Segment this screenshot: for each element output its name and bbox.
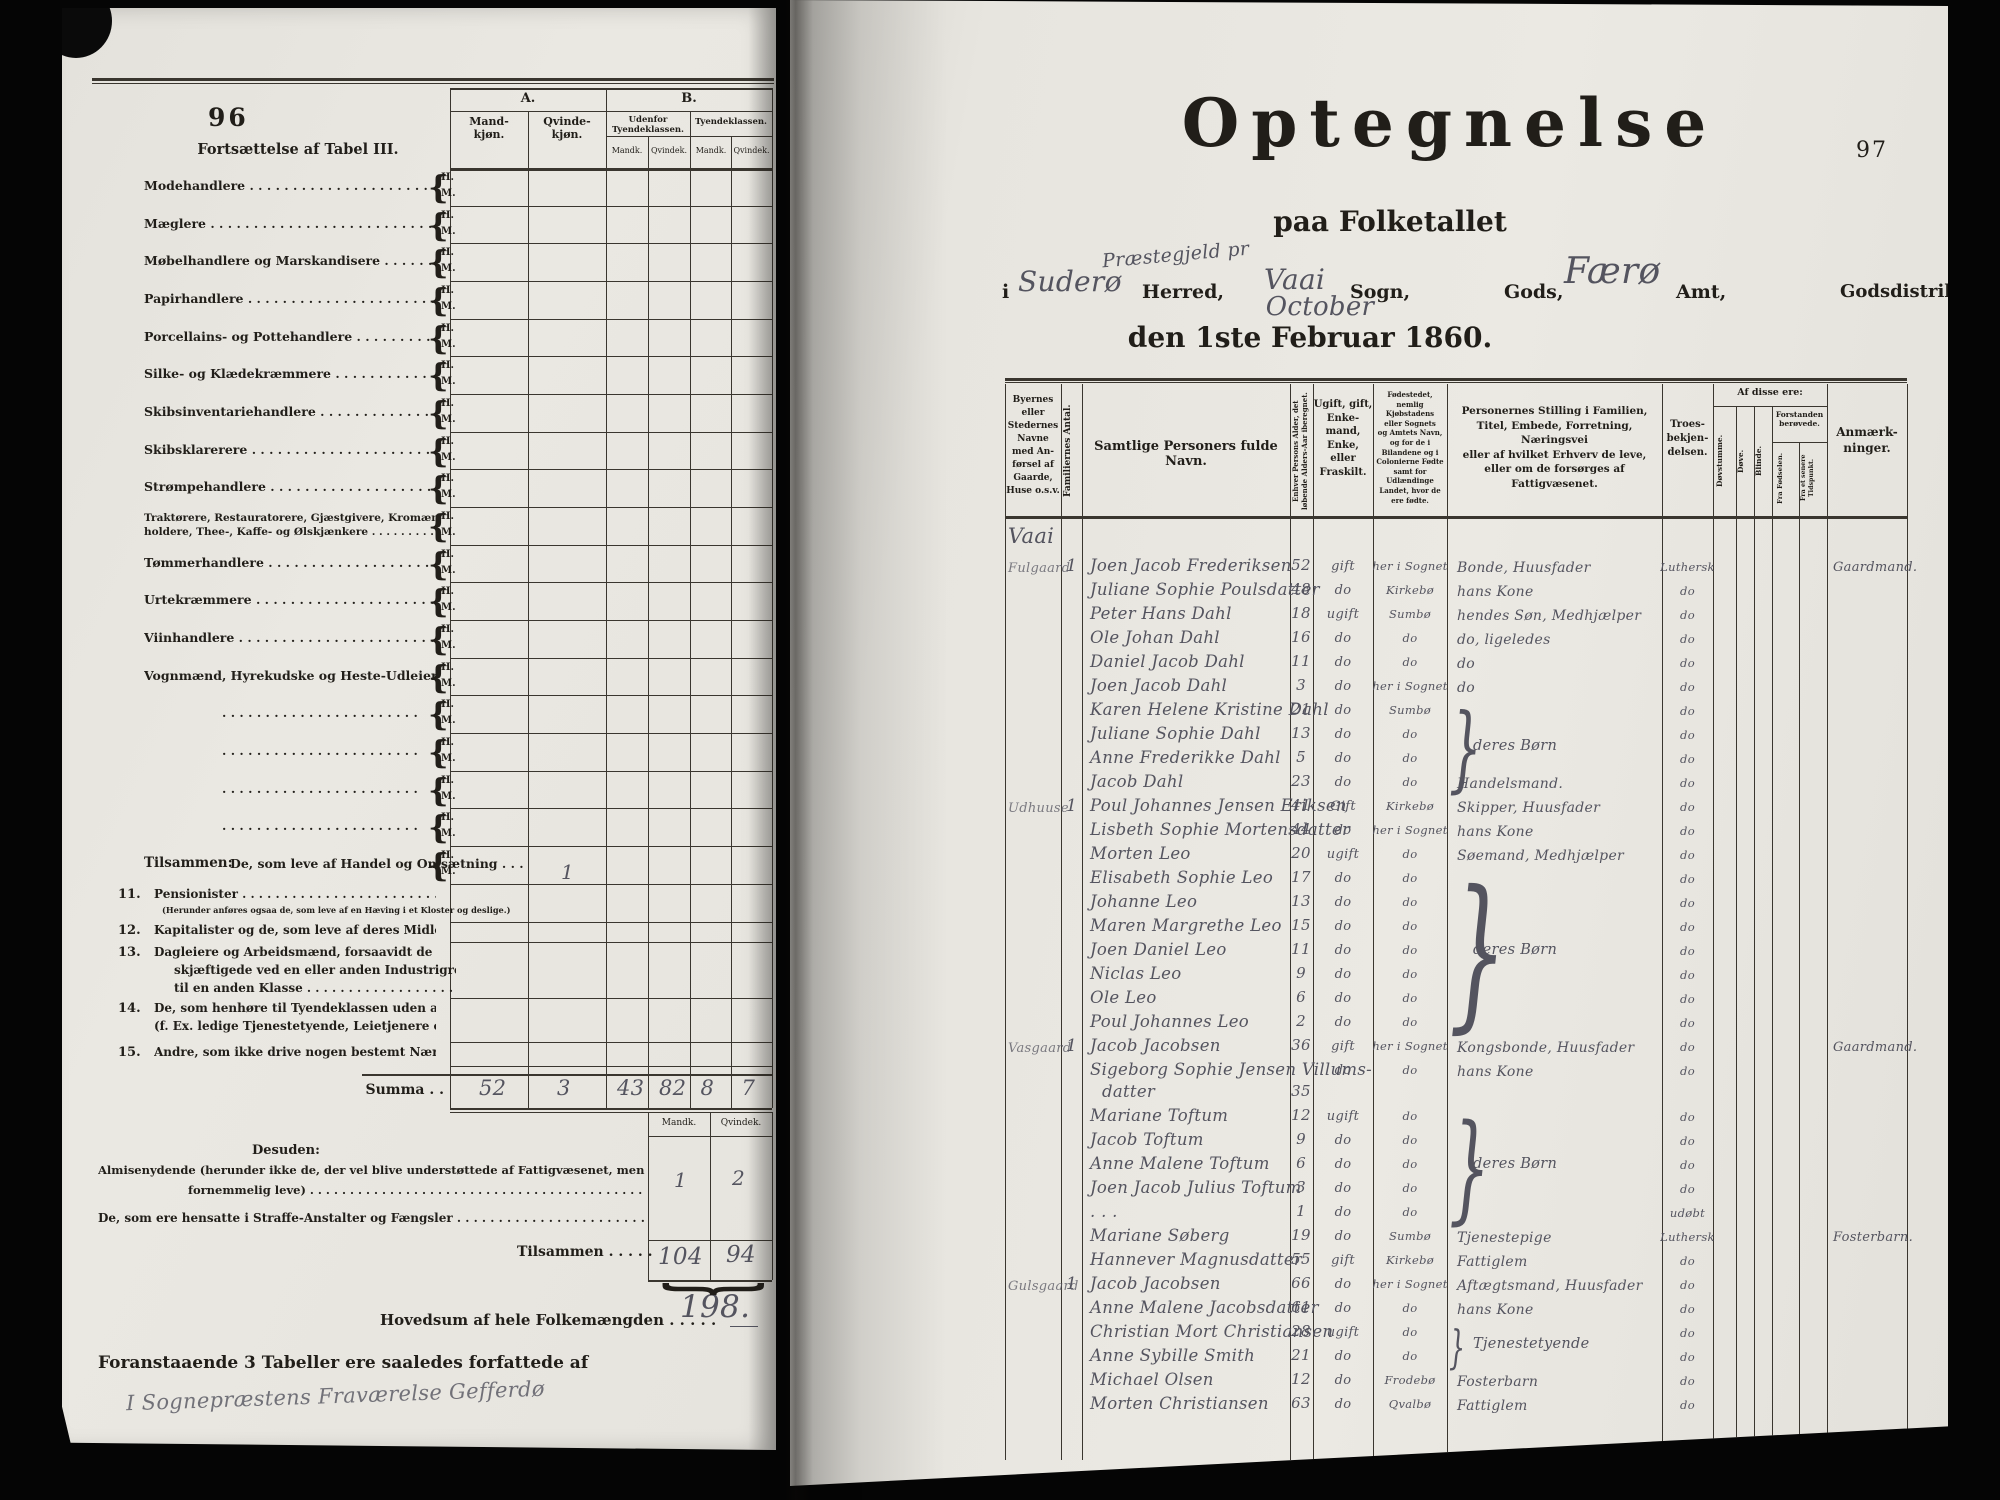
bracket-m: M. (441, 791, 456, 803)
row-name: Juliane Sophie Dahl (1090, 726, 1261, 743)
row-name: Jacob Jacobsen (1090, 1038, 1221, 1055)
row-age: 23 (1286, 774, 1316, 789)
bracket-h: H. (441, 473, 454, 485)
row-creed: Luthersk (1660, 562, 1715, 574)
row-birthplace: do (1371, 993, 1449, 1005)
sub-col-header: Mandk. (606, 146, 648, 155)
row-birthplace: do (1371, 1207, 1449, 1219)
loc-herred-handwritten: Suderø (1018, 268, 1122, 296)
row-annotation: Gaardmand. (1833, 1041, 1917, 1054)
date-line: den 1ste Februar 1860. (1120, 322, 1500, 354)
header-dovstumme: Døvstumme. (1716, 410, 1733, 512)
col-qvindekjon: Qvinde- kjøn. (528, 116, 606, 141)
bracket-h: H. (441, 850, 454, 862)
header-fulde-navn: Samtlige Personers fulde Navn. (1082, 440, 1290, 470)
table-vertical-line (450, 88, 451, 1108)
sub-col-header: Mandk. (690, 146, 732, 155)
table-horizontal-line (450, 206, 772, 207)
table-vertical-line (1082, 384, 1083, 1460)
row-name: Jacob Dahl (1090, 774, 1183, 791)
table-horizontal-line (450, 582, 772, 583)
table-vertical-line (1754, 406, 1755, 1460)
row-status: do (1313, 1374, 1373, 1387)
loc-amt-handwritten: Færø (1564, 254, 1660, 290)
header-dove: Døve. (1737, 410, 1752, 512)
occupation-row: Skibsinventariehandlere . . . . . . . . … (144, 405, 436, 419)
row-age: 2 (1286, 1014, 1316, 1029)
row-position: Aftægtsmand, Huusfader (1457, 1279, 1643, 1293)
row-position: do (1457, 657, 1475, 671)
table-horizontal-line (450, 356, 772, 357)
bracket-h: H. (441, 775, 454, 787)
row-status: do (1313, 1278, 1373, 1291)
table-horizontal-line (1713, 406, 1827, 407)
row-birthplace: do (1371, 1017, 1449, 1029)
place-heading-handwritten: Vaai (1008, 526, 1054, 547)
row-birthplace: Sumbø (1371, 705, 1449, 717)
row-birthplace: do (1371, 753, 1449, 765)
table-horizontal-line (450, 942, 772, 943)
row-position: Fattiglem (1457, 1255, 1528, 1269)
table-horizontal-line (450, 846, 772, 847)
row-name: Jacob Jacobsen (1090, 1276, 1221, 1293)
row-name: Morten Christiansen (1090, 1396, 1269, 1413)
table-horizontal-line (450, 998, 772, 999)
table-horizontal-line (450, 808, 772, 809)
row-name: Elisabeth Sophie Leo (1090, 870, 1273, 887)
row-age: 11 (1286, 654, 1316, 669)
table-horizontal-line (450, 922, 772, 923)
row-position: Fosterbarn (1457, 1375, 1538, 1389)
row-name: Mariane Toftum (1090, 1108, 1228, 1125)
row-name: Daniel Jacob Dahl (1090, 654, 1245, 671)
bracket-m: M. (441, 376, 456, 388)
row-age: 44 (1286, 822, 1316, 837)
occupation-row: . . . . . . . . . . . . . . . . . . . . … (222, 819, 434, 833)
row-name: Jacob Toftum (1090, 1132, 1204, 1149)
row-age: 48 (1286, 582, 1316, 597)
row-status: do (1313, 656, 1373, 669)
row-family-count: 1 (1066, 558, 1077, 575)
row-age: 16 (1286, 630, 1316, 645)
row-position: do, ligeledes (1457, 633, 1551, 647)
top-rule (92, 78, 774, 81)
row-creed: Luthersk (1660, 1232, 1715, 1244)
row-status: gift (1313, 1254, 1373, 1267)
header-alder: Enhver Persons Alder, det løbende Alders… (1291, 388, 1312, 514)
box-col-mandk: Mandk. (648, 1118, 710, 1128)
bracket-h: H. (441, 812, 454, 824)
item-line: Andre, som ikke drive nogen bestemt Næri… (154, 1046, 436, 1060)
row-status: do (1313, 1016, 1373, 1029)
row-age: 41 (1286, 798, 1316, 813)
table-horizontal-line (450, 281, 772, 282)
table-vertical-line (1772, 406, 1773, 1460)
row-creed: do (1660, 1352, 1715, 1364)
item-number: 14. (118, 1002, 141, 1017)
header-fodested: Fødestedet, nemlig Kjøbstadens eller Sog… (1373, 390, 1447, 505)
summa-value-handwritten: 3 (557, 1078, 571, 1099)
bracket-h: H. (441, 210, 454, 222)
row-age: 3 (1286, 678, 1316, 693)
right-page: 97 Optegnelse paa Folketallet i Suderø P… (790, 0, 1948, 1492)
row-creed: do (1660, 1042, 1715, 1054)
row-position: hans Kone (1457, 825, 1534, 839)
row-creed: do (1660, 1018, 1715, 1030)
row-position: hans Kone (1457, 1065, 1534, 1079)
occupation-row: Tømmerhandlere . . . . . . . . . . . . .… (144, 556, 436, 570)
row-age: 9 (1286, 1132, 1316, 1147)
row-status: gift (1313, 1040, 1373, 1053)
row-family-count: 1 (1066, 1038, 1077, 1055)
brace-label: deres Børn (1473, 739, 1557, 754)
row-birthplace: do (1371, 1183, 1449, 1195)
row-birthplace: do (1371, 1065, 1449, 1077)
row-birthplace: Qvalbø (1371, 1399, 1449, 1411)
row-name: Anne Sybille Smith (1090, 1348, 1255, 1365)
table-vertical-line (1907, 384, 1908, 1460)
row-creed: do (1660, 1160, 1715, 1172)
bracket-m: M. (441, 678, 456, 690)
row-age: 35 (1286, 1084, 1316, 1099)
tilsammen-value-handwritten: 1 (561, 862, 574, 882)
table-horizontal-line (450, 545, 772, 546)
bracket-h: H. (441, 398, 454, 410)
row-creed: do (1660, 778, 1715, 790)
row-birthplace: Frodebø (1371, 1375, 1449, 1387)
item-number: 11. (118, 888, 141, 903)
occupation-row: Møbelhandlere og Marskandisere . . . . .… (144, 254, 436, 268)
bracket-m: M. (441, 188, 456, 200)
row-creed: do (1660, 1066, 1715, 1078)
table-horizontal-line (1005, 382, 1907, 383)
row-age: 21 (1286, 702, 1316, 717)
box-closing-brace: } (647, 1227, 773, 1351)
item-line: Pensionister . . . . . . . . . . . . . .… (154, 888, 436, 902)
row-creed: do (1660, 634, 1715, 646)
row-creed: do (1660, 1112, 1715, 1124)
header-civilstand: Ugift, gift, Enke- mand, Enke, eller Fra… (1313, 398, 1373, 479)
row-name: Mariane Søberg (1090, 1228, 1230, 1245)
occupation-row: Papirhandlere . . . . . . . . . . . . . … (144, 292, 436, 306)
bracket-h: H. (441, 737, 454, 749)
header-blinde: Blinde. (1755, 410, 1770, 512)
table-horizontal-line (450, 394, 772, 395)
row-status: do (1313, 1064, 1373, 1077)
left-page: 96 Fortsættelse af Tabel III. Desuden: A… (62, 8, 776, 1450)
row-name: Joen Jacob Frederiksen (1090, 558, 1292, 575)
table-vertical-line (1005, 384, 1006, 1460)
row-position: do (1457, 681, 1475, 695)
bracket-m: M. (441, 866, 456, 878)
row-birthplace: do (1371, 1159, 1449, 1171)
bracket-m: M. (441, 414, 456, 426)
header-fra-senere-tidspunkt: Fra et senere Tidspunkt. (1800, 444, 1826, 512)
row-birthplace: do (1371, 1111, 1449, 1123)
row-birthplace: do (1371, 729, 1449, 741)
row-status: do (1313, 1134, 1373, 1147)
table-horizontal-line (450, 1112, 772, 1113)
row-age: 3 (1286, 1180, 1316, 1195)
item-line: (f. Ex. ledige Tjenestetyende, Leietjene… (154, 1020, 436, 1034)
row-status: do (1313, 968, 1373, 981)
row-age: 66 (1286, 1276, 1316, 1291)
row-age: 1 (1286, 1204, 1316, 1219)
occupation-row: Urtekræmmere . . . . . . . . . . . . . .… (144, 593, 436, 607)
row-creed: do (1660, 610, 1715, 622)
row-family-count: 1 (1066, 798, 1077, 815)
row-name: Johanne Leo (1090, 894, 1197, 911)
row-creed: do (1660, 706, 1715, 718)
summa-value-handwritten: 7 (742, 1078, 756, 1099)
row-birthplace: do (1371, 849, 1449, 861)
row-birthplace: her i Sognet (1371, 681, 1449, 693)
row-birthplace: do (1371, 1135, 1449, 1147)
row-status: Gift (1313, 800, 1373, 813)
almisse-line2: fornemmelig leve) . . . . . . . . . . . … (188, 1184, 646, 1197)
table-vertical-line (1736, 406, 1737, 1460)
row-creed: do (1660, 898, 1715, 910)
occupation-row: . . . . . . . . . . . . . . . . . . . . … (222, 706, 434, 720)
almisse-mandk-value: 1 (674, 1170, 687, 1190)
summa-value-handwritten: 43 (617, 1078, 644, 1099)
children-brace: } (1449, 1324, 1465, 1370)
table-horizontal-line (450, 507, 772, 508)
row-age: 19 (1286, 1228, 1316, 1243)
row-name: . . . (1090, 1204, 1118, 1221)
header-af-disse-ere: Af disse ere: (1713, 388, 1827, 399)
row-birthplace: do (1371, 873, 1449, 885)
row-status: do (1313, 776, 1373, 789)
table-horizontal-line (450, 243, 772, 244)
table-vertical-line (1799, 442, 1800, 1460)
row-position: Bonde, Huusfader (1457, 561, 1591, 575)
row-status: do (1313, 1230, 1373, 1243)
row-status: do (1313, 1398, 1373, 1411)
row-birthplace: do (1371, 897, 1449, 909)
row-age: 12 (1286, 1372, 1316, 1387)
row-birthplace: Sumbø (1371, 1231, 1449, 1243)
row-age: 15 (1286, 918, 1316, 933)
brace-label: deres Børn (1473, 1157, 1557, 1172)
table-horizontal-line (606, 136, 772, 137)
row-birthplace: do (1371, 969, 1449, 981)
row-name: Poul Johannes Leo (1090, 1014, 1249, 1031)
summa-value-handwritten: 8 (701, 1078, 715, 1099)
row-age: 55 (1286, 1252, 1316, 1267)
row-annotation: Fosterbarn. (1833, 1231, 1913, 1244)
item-number: 13. (118, 946, 141, 961)
table-horizontal-line (648, 1136, 772, 1137)
table-horizontal-line (450, 620, 772, 621)
item-note: (Herunder anføres ogsaa de, som leve af … (162, 906, 511, 915)
table-horizontal-line (450, 88, 772, 90)
almisse-qvindek-value: 2 (732, 1168, 745, 1188)
row-age: 21 (1286, 1348, 1316, 1363)
tilsammen-text: De, som leve af Handel og Omsætning . . … (230, 857, 524, 871)
header-forstanden-berovede: Forstanden berøvede. (1772, 410, 1827, 428)
occupation-row: . . . . . . . . . . . . . . . . . . . . … (222, 744, 434, 758)
occupation-row: . . . . . . . . . . . . . . . . . . . . … (222, 782, 434, 796)
table-horizontal-line (450, 111, 772, 112)
loc-over-handwritten: Præstegjeld pr (1101, 240, 1249, 272)
page-number: 96 (208, 104, 249, 133)
month-handwritten: October (1250, 294, 1390, 320)
row-creed: do (1660, 1304, 1715, 1316)
table-horizontal-line (450, 1108, 772, 1110)
loc-herred: Herred, (1142, 282, 1224, 304)
row-name: Anne Malene Toftum (1090, 1156, 1270, 1173)
table-vertical-line (606, 88, 607, 1108)
bracket-h: H. (441, 586, 454, 598)
top-rule-2 (92, 83, 774, 84)
row-name: Ole Johan Dahl (1090, 630, 1220, 647)
bracket-h: H. (441, 436, 454, 448)
col-tyendeklassen: Tyendeklassen. (690, 118, 772, 128)
row-status: do (1313, 872, 1373, 885)
table-horizontal-line (450, 319, 772, 320)
item-line: skjæftigede ved en eller anden Industrig… (174, 964, 456, 978)
row-status: do (1313, 584, 1373, 597)
row-creed: do (1660, 658, 1715, 670)
occupation-row: Porcellains- og Pottehandlere . . . . . … (144, 330, 436, 344)
row-birthplace: do (1371, 1327, 1449, 1339)
row-age: 5 (1286, 750, 1316, 765)
row-name-line2: datter (1102, 1084, 1155, 1101)
bracket-m: M. (441, 263, 456, 275)
row-birthplace: Kirkebø (1371, 801, 1449, 813)
row-birthplace: her i Sognet (1371, 825, 1449, 837)
footer-line: Foranstaaende 3 Tabeller ere saaledes fo… (98, 1354, 588, 1374)
row-birthplace: do (1371, 1351, 1449, 1363)
occupation-row: Viinhandlere . . . . . . . . . . . . . .… (144, 631, 436, 645)
row-creed: do (1660, 730, 1715, 742)
row-age: 17 (1286, 870, 1316, 885)
table-horizontal-line (450, 432, 772, 433)
summa-label: Summa . . (362, 1082, 444, 1098)
row-age: 6 (1286, 1156, 1316, 1171)
page-number: 97 (1856, 138, 1888, 163)
bracket-h: H. (441, 285, 454, 297)
row-age: 9 (1286, 966, 1316, 981)
row-creed: do (1660, 802, 1715, 814)
row-name: Joen Jacob Dahl (1090, 678, 1227, 695)
row-age: 12 (1286, 1108, 1316, 1123)
row-status: ugift (1313, 1110, 1373, 1123)
row-place: Udhuuse (1008, 802, 1069, 815)
item-line: til en anden Klasse . . . . . . . . . . … (174, 982, 456, 996)
item-number: 15. (118, 1046, 141, 1061)
loc-sogn-handwritten: Vaai (1264, 266, 1325, 294)
table-title: Fortsættelse af Tabel III. (180, 142, 416, 159)
row-status: do (1313, 992, 1373, 1005)
row-status: do (1313, 944, 1373, 957)
row-creed: do (1660, 826, 1715, 838)
bracket-m: M. (441, 640, 456, 652)
row-position: hendes Søn, Medhjælper (1457, 609, 1641, 623)
table-vertical-line (1827, 384, 1828, 1460)
row-name: Maren Margrethe Leo (1090, 918, 1282, 935)
row-creed: do (1660, 850, 1715, 862)
table-horizontal-line (450, 884, 772, 885)
document-title: Optegnelse (1170, 86, 1730, 162)
bracket-h: H. (441, 172, 454, 184)
row-status: do (1313, 752, 1373, 765)
row-age: 52 (1286, 558, 1316, 573)
table-vertical-line (528, 111, 529, 1108)
row-creed: do (1660, 586, 1715, 598)
row-birthplace: do (1371, 777, 1449, 789)
row-status: do (1313, 632, 1373, 645)
col-group-b: B. (606, 92, 772, 107)
loc-i: i (1002, 282, 1009, 304)
row-status: do (1313, 728, 1373, 741)
bracket-m: M. (441, 527, 456, 539)
item-line: Dagleiere og Arbeidsmænd, forsaavidt de … (154, 946, 436, 960)
header-stilling: Personernes Stilling i Familien, Titel, … (1447, 404, 1662, 491)
table-horizontal-line (450, 658, 772, 659)
row-status: do (1313, 1302, 1373, 1315)
row-age: 13 (1286, 726, 1316, 741)
document-subtitle: paa Folketallet (1230, 206, 1550, 238)
row-age: 18 (1286, 606, 1316, 621)
row-status: do (1313, 1158, 1373, 1171)
row-status: do (1313, 920, 1373, 933)
row-name: Anne Frederikke Dahl (1090, 750, 1281, 767)
table-vertical-line (772, 88, 773, 1108)
occupation-row: Modehandlere . . . . . . . . . . . . . .… (144, 179, 436, 193)
bracket-m: M. (441, 452, 456, 464)
row-status: do (1313, 1182, 1373, 1195)
row-status: ugift (1313, 1326, 1373, 1339)
row-status: do (1313, 824, 1373, 837)
sub-col-header: Qvindek. (731, 146, 772, 155)
bracket-h: H. (441, 323, 454, 335)
bracket-h: H. (441, 247, 454, 259)
row-age: 63 (1286, 1396, 1316, 1411)
row-creed: do (1660, 946, 1715, 958)
desuden-heading: Desuden: (252, 1144, 320, 1159)
row-status: gift (1313, 560, 1373, 573)
bracket-m: M. (441, 565, 456, 577)
row-position: hans Kone (1457, 585, 1534, 599)
row-position: Fattiglem (1457, 1399, 1528, 1413)
summa-value-handwritten: 82 (659, 1078, 686, 1099)
occupation-row: Skibsklarerere . . . . . . . . . . . . .… (144, 443, 436, 457)
bracket-m: M. (441, 489, 456, 501)
brace-label: Tjenestetyende (1473, 1337, 1590, 1352)
row-status: ugift (1313, 608, 1373, 621)
loc-distrikt: Godsdistrikt (1840, 282, 1965, 303)
row-creed: do (1660, 1376, 1715, 1388)
row-status: do (1313, 1350, 1373, 1363)
row-family-count: 1 (1066, 1276, 1077, 1293)
row-creed: do (1660, 1136, 1715, 1148)
row-age: 61 (1286, 1300, 1316, 1315)
row-status: do (1313, 680, 1373, 693)
row-status: do (1313, 1206, 1373, 1219)
bracket-h: H. (441, 511, 454, 523)
table-vertical-line (1061, 384, 1062, 1460)
row-creed: do (1660, 754, 1715, 766)
occupation-row: Mæglere . . . . . . . . . . . . . . . . … (144, 217, 436, 231)
row-creed: do (1660, 1256, 1715, 1268)
header-anmaerkninger: Anmærk- ninger. (1827, 424, 1907, 456)
summa-value-handwritten: 52 (479, 1078, 506, 1099)
bracket-m: M. (441, 301, 456, 313)
almisse-line1: Almisenydende (herunder ikke de, der vel… (98, 1164, 646, 1177)
row-name: Hannever Magnusdatter (1090, 1252, 1302, 1269)
